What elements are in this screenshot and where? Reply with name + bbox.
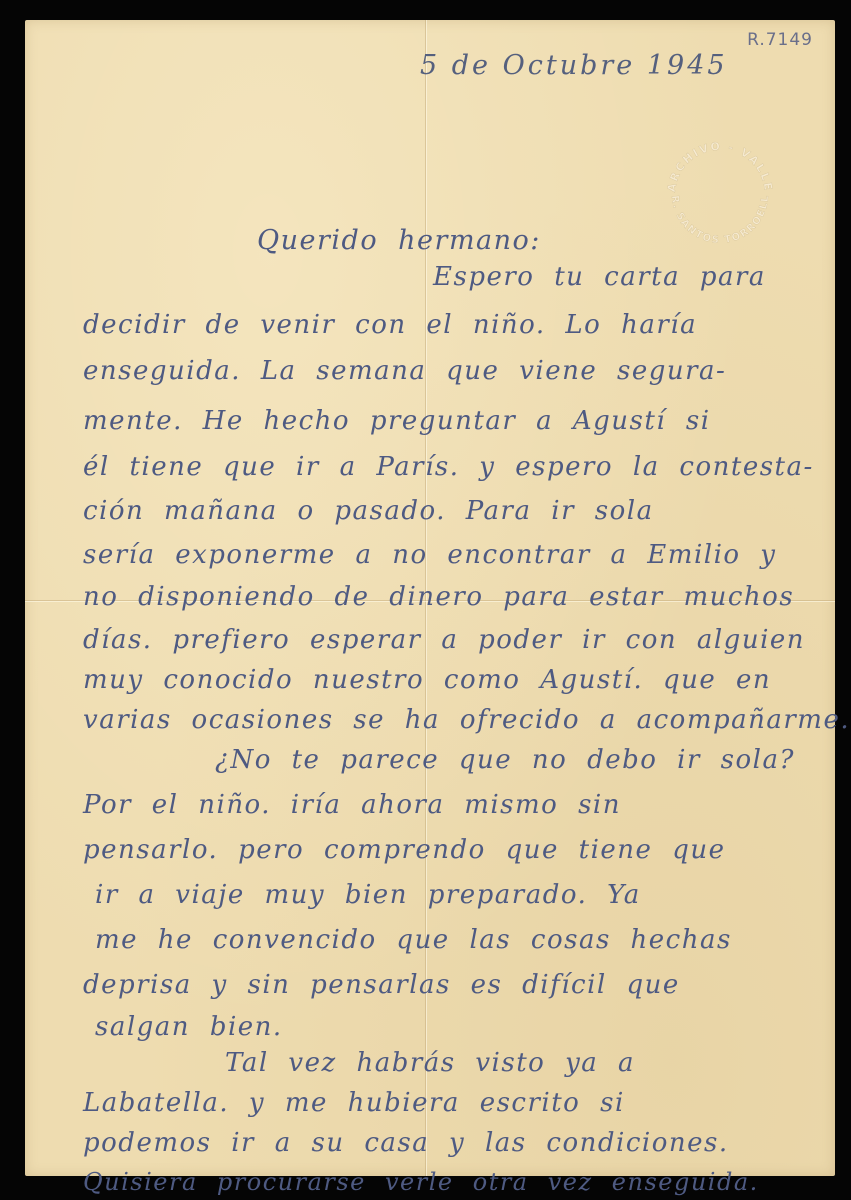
embossed-seal-icon: ARCHIVO - VALLE - R. SANTOS TORROELLA [660, 135, 780, 255]
archive-reference-number: R.7149 [747, 30, 813, 50]
seal-top-text: ARCHIVO - VALLE [665, 140, 775, 193]
letter-line: me he convencido que las cosas hechas [95, 925, 732, 955]
letter-line: no disponiendo de dinero para estar much… [83, 582, 794, 612]
svg-text:ARCHIVO - VALLE: ARCHIVO - VALLE [665, 140, 775, 193]
letter-line: ¿No te parece que no debo ir sola? [215, 745, 795, 775]
letter-line: deprisa y sin pensarlas es difícil que [83, 970, 680, 1000]
letter-line: muy conocido nuestro como Agustí. que en [83, 665, 771, 695]
letter-line: mente. He hecho preguntar a Agustí si [83, 406, 711, 436]
letter-line: enseguida. La semana que viene segura- [83, 356, 726, 386]
letter-line: sería exponerme a no encontrar a Emilio … [83, 540, 777, 570]
letter-line: varias ocasiones se ha ofrecido a acompa… [83, 705, 850, 735]
letter-line: pensarlo. pero comprendo que tiene que [83, 835, 725, 865]
letter-line: decidir de venir con el niño. Lo haría [83, 310, 697, 340]
letter-page: R.7149 5 de Octubre 1945 ARCHIVO - VALLE… [25, 20, 835, 1176]
letter-line: Quisiera procurarse verle otra vez enseg… [83, 1168, 759, 1196]
letter-line: salgan bien. [95, 1012, 283, 1042]
letter-line: Por el niño. iría ahora mismo sin [83, 790, 621, 820]
letter-date: 5 de Octubre 1945 [420, 50, 728, 81]
salutation: Querido hermano: [257, 225, 541, 256]
letter-line: él tiene que ir a París. y espero la con… [83, 452, 814, 482]
letter-line: Espero tu carta para [433, 262, 766, 292]
letter-line: días. prefiero esperar a poder ir con al… [83, 625, 805, 655]
letter-line: ción mañana o pasado. Para ir sola [83, 496, 654, 526]
letter-line: ir a viaje muy bien preparado. Ya [95, 880, 641, 910]
letter-line: Labatella. y me hubiera escrito si [83, 1088, 625, 1118]
letter-line: Tal vez habrás visto ya a [225, 1048, 635, 1078]
letter-line: podemos ir a su casa y las condiciones. [83, 1128, 729, 1158]
